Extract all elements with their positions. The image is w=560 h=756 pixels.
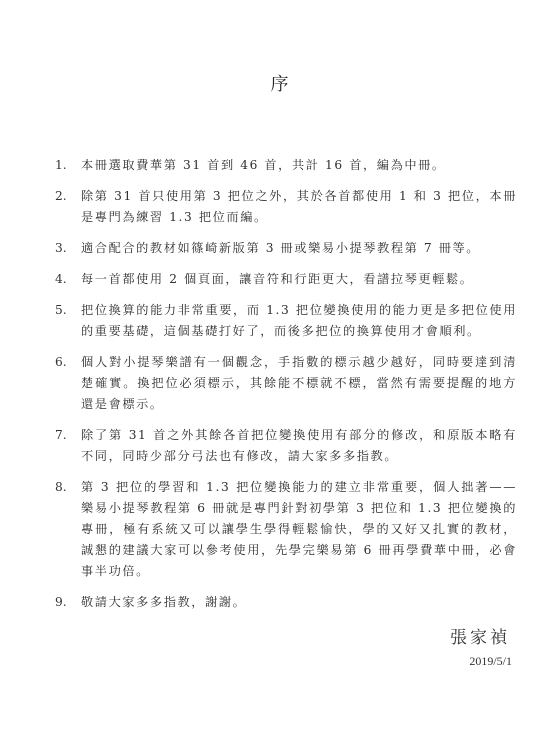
item-text: 適合配合的教材如篠崎新版第 3 冊或樂易小提琴教程第 7 冊等。 (81, 238, 517, 259)
item-text: 把位換算的能力非常重要，而 1.3 把位變換使用的能力更是多把位使用的重要基礎，… (81, 300, 517, 342)
list-item: 2. 除第 31 首只使用第 3 把位之外，其於各首都使用 1 和 3 把位，本… (55, 186, 517, 228)
document-page: 序 1. 本冊選取費華第 31 首到 46 首，共計 16 首，編為中冊。 2.… (0, 0, 560, 756)
item-number: 8. (55, 477, 81, 498)
item-text: 每一首都使用 2 個頁面，讓音符和行距更大，看譜拉琴更輕鬆。 (81, 269, 517, 290)
item-number: 3. (55, 238, 81, 259)
list-item: 1. 本冊選取費華第 31 首到 46 首，共計 16 首，編為中冊。 (55, 155, 517, 176)
item-text: 本冊選取費華第 31 首到 46 首，共計 16 首，編為中冊。 (81, 155, 517, 176)
item-number: 5. (55, 300, 81, 321)
author-signature: 張家禎 (450, 623, 510, 648)
item-text: 除第 31 首只使用第 3 把位之外，其於各首都使用 1 和 3 把位，本冊是專… (81, 186, 517, 228)
item-number: 1. (55, 155, 81, 176)
item-number: 7. (55, 425, 81, 446)
list-item: 5. 把位換算的能力非常重要，而 1.3 把位變換使用的能力更是多把位使用的重要… (55, 300, 517, 342)
item-text: 個人對小提琴樂譜有一個觀念，手指數的標示越少越好，同時要達到清楚確實。換把位必須… (81, 352, 517, 415)
list-item: 3. 適合配合的教材如篠崎新版第 3 冊或樂易小提琴教程第 7 冊等。 (55, 238, 517, 259)
item-number: 6. (55, 352, 81, 373)
item-number: 9. (55, 592, 81, 613)
item-number: 2. (55, 186, 81, 207)
page-title: 序 (0, 70, 560, 96)
list-item: 8. 第 3 把位的學習和 1.3 把位變換能力的建立非常重要，個人拙著——樂易… (55, 477, 517, 582)
list-item: 4. 每一首都使用 2 個頁面，讓音符和行距更大，看譜拉琴更輕鬆。 (55, 269, 517, 290)
item-text: 第 3 把位的學習和 1.3 把位變換能力的建立非常重要，個人拙著——樂易小提琴… (81, 477, 517, 582)
item-number: 4. (55, 269, 81, 290)
list-item: 7. 除了第 31 首之外其餘各首把位變換使用有部分的修改，和原版本略有不同，同… (55, 425, 517, 467)
item-text: 敬請大家多多指教，謝謝。 (81, 592, 517, 613)
date-text: 2019/5/1 (469, 654, 512, 669)
list-item: 9. 敬請大家多多指教，謝謝。 (55, 592, 517, 613)
list-item: 6. 個人對小提琴樂譜有一個觀念，手指數的標示越少越好，同時要達到清楚確實。換把… (55, 352, 517, 415)
preface-list: 1. 本冊選取費華第 31 首到 46 首，共計 16 首，編為中冊。 2. 除… (55, 155, 517, 623)
item-text: 除了第 31 首之外其餘各首把位變換使用有部分的修改，和原版本略有不同，同時少部… (81, 425, 517, 467)
